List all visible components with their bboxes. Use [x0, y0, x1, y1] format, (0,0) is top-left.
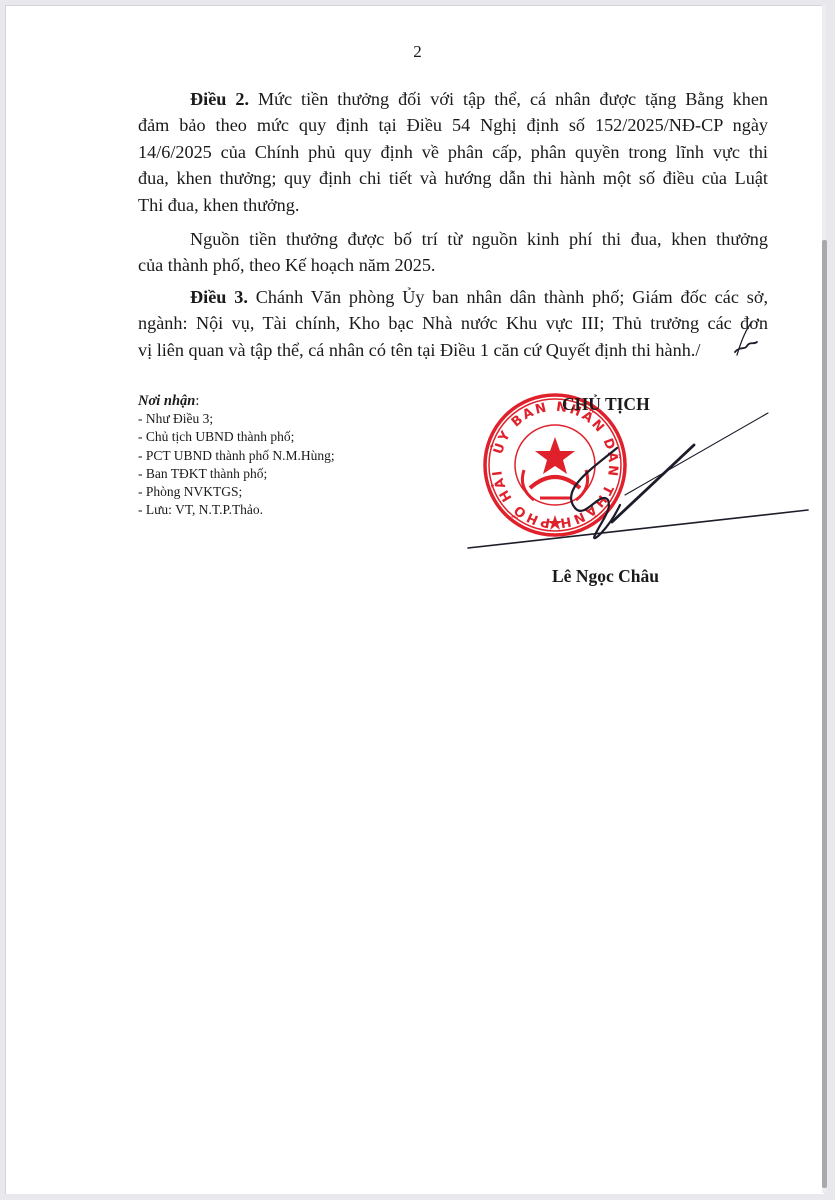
- stamp-and-signature: ỦY BAN NHÂN DÂN THÀNH PHỐ HẢI PHÒNG: [0, 0, 835, 1200]
- star-icon: [535, 437, 575, 474]
- signatory-title: CHỦ TỊCH: [562, 394, 650, 415]
- official-stamp: ỦY BAN NHÂN DÂN THÀNH PHỐ HẢI PHÒNG: [0, 0, 625, 535]
- svg-text:ỦY BAN NHÂN DÂN THÀNH PHỐ HẢI: ỦY BAN NHÂN DÂN THÀNH PHỐ HẢI PHÒNG: [0, 0, 621, 530]
- signatory-name: Lê Ngọc Châu: [552, 566, 659, 587]
